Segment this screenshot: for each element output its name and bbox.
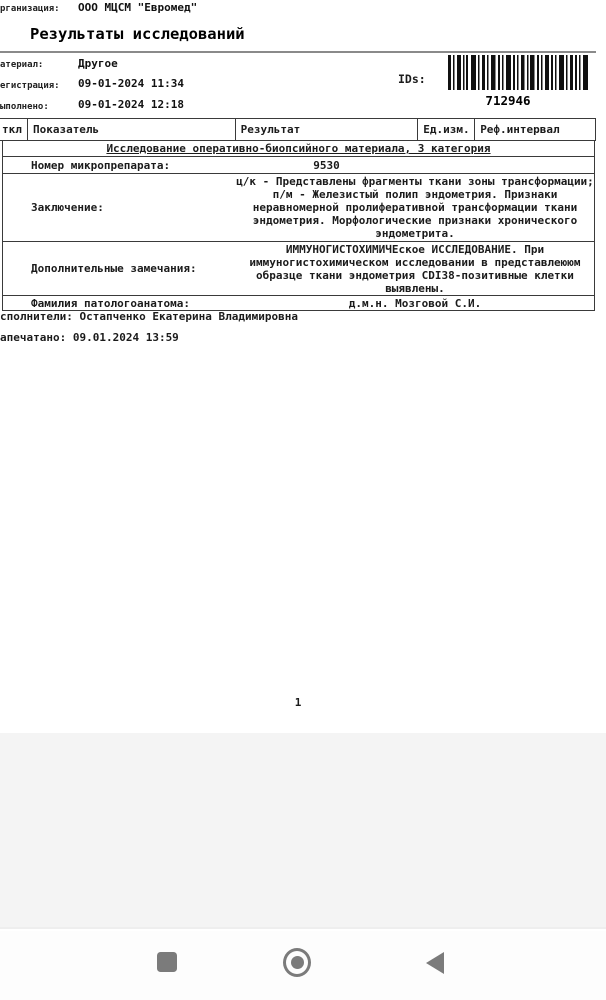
barcode-image	[448, 55, 588, 90]
row-value: 9530	[236, 159, 417, 172]
recents-button-icon[interactable]	[157, 952, 177, 972]
section-title: Исследование оперативно-биопсийного мате…	[106, 142, 490, 155]
back-button-icon[interactable]	[426, 952, 444, 974]
completed-label: ыполнено:	[0, 102, 49, 112]
row-label: Дополнительные замечания:	[3, 262, 236, 275]
printed-line: апечатано: 09.01.2024 13:59	[0, 331, 179, 344]
row-value: ц/к - Представлены фрагменты ткани зоны …	[236, 175, 594, 240]
page-title: Результаты исследований	[30, 25, 245, 43]
android-navigation-bar	[0, 931, 606, 1000]
column-header-откл: ткл	[0, 119, 27, 140]
table-row: Дополнительные замечания: ИММУНОГИСТОХИМ…	[3, 241, 594, 295]
page-number: 1	[0, 696, 596, 709]
barcode-number: 712946	[440, 93, 576, 108]
table-row: Фамилия патологоанатома: д.м.н. Мозговой…	[3, 295, 594, 310]
row-label: Заключение:	[3, 201, 236, 214]
table-row: Заключение: ц/к - Представлены фрагменты…	[3, 173, 594, 241]
table-row: Номер микропрепарата: 9530	[3, 156, 594, 173]
results-table-body: Исследование оперативно-биопсийного мате…	[2, 141, 595, 311]
row-value: д.м.н. Мозговой С.И.	[236, 297, 594, 310]
column-header-результат: Результат	[235, 119, 418, 140]
material-value: Другое	[78, 57, 118, 70]
completed-value: 09-01-2024 12:18	[78, 98, 184, 111]
organization-value: ООО МЦСМ "Евромед"	[78, 1, 197, 14]
section-title-row: Исследование оперативно-биопсийного мате…	[3, 141, 594, 156]
row-label: Номер микропрепарата:	[3, 159, 236, 172]
home-dot-icon	[291, 956, 304, 969]
row-value: ИММУНОГИСТОХИМИЧЕское ИССЛЕДОВАНИЕ. При …	[236, 243, 594, 295]
column-header-ед-изм: Ед.изм.	[417, 119, 474, 140]
executors-line: сполнители: Остапченко Екатерина Владими…	[0, 310, 298, 323]
registration-label: егистрация:	[0, 81, 60, 91]
organization-label: рганизация:	[0, 4, 60, 14]
column-header-показатель: Показатель	[27, 119, 235, 140]
results-table-header: ткл Показатель Результат Ед.изм. Реф.инт…	[0, 118, 596, 141]
horizontal-rule	[0, 51, 596, 53]
ids-label: IDs:	[398, 72, 426, 86]
document-page: рганизация: ООО МЦСМ "Евромед" Результат…	[0, 0, 606, 733]
column-header-реф-интервал: Реф.интервал	[474, 119, 595, 140]
row-label: Фамилия патологоанатома:	[3, 297, 236, 310]
registration-value: 09-01-2024 11:34	[78, 77, 184, 90]
background-area	[0, 733, 606, 929]
material-label: атериал:	[0, 60, 43, 70]
home-button-icon[interactable]	[283, 948, 311, 977]
